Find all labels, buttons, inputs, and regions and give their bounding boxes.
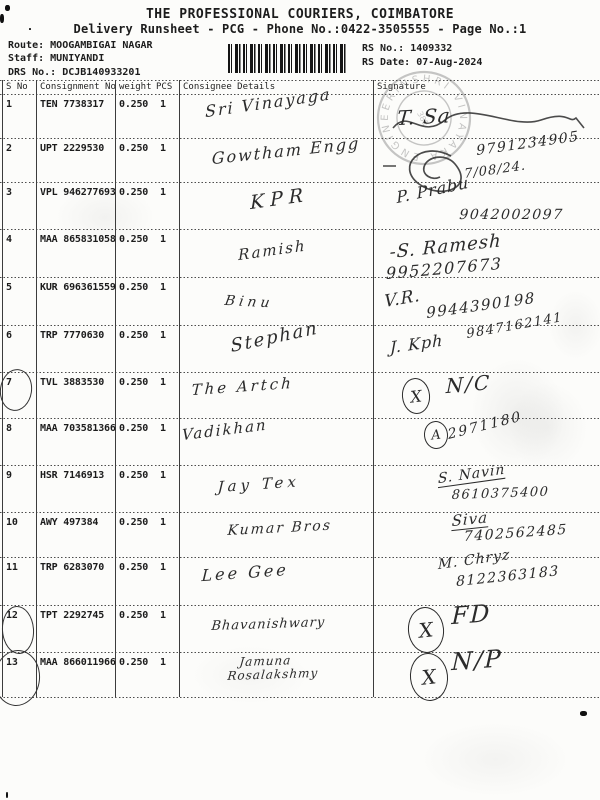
sno-cell: 3 [6, 187, 12, 198]
table-row-rule [0, 512, 600, 513]
table-column-rule [373, 80, 374, 697]
consignment-cell: TRP 6283070 [40, 562, 104, 573]
consignee-handwriting: Ramish [238, 238, 307, 263]
pcs-cell: 1 [160, 234, 166, 245]
table-row-rule [0, 465, 600, 466]
pcs-cell: 1 [160, 657, 166, 668]
weight-cell: 0.250 [119, 143, 148, 154]
weight-cell: 0.250 [119, 562, 148, 573]
scan-artifact-dot [580, 711, 587, 716]
drs-value: DCJB140933201 [62, 67, 140, 78]
pcs-cell: 1 [160, 610, 166, 621]
consignment-cell: TVL 3883530 [40, 377, 104, 388]
weight-cell: 0.250 [119, 187, 148, 198]
consignee-handwriting: Kumar Bros [227, 519, 332, 539]
consignee-handwriting: Jamuna [239, 654, 292, 668]
weight-cell: 0.250 [119, 377, 148, 388]
consignment-cell: MAA 703581366 [40, 423, 116, 434]
signature-mark-text: N/C [446, 372, 492, 396]
pcs-cell: 1 [160, 187, 166, 198]
table-row-rule [0, 277, 600, 278]
document-title: THE PROFESSIONAL COURIERS, COIMBATORE [0, 7, 600, 22]
sno-cell: 10 [6, 517, 18, 528]
consignment-cell: VPL 946277693 [40, 187, 116, 198]
col-header-pcs: PCS [156, 82, 172, 92]
route-line: Route: MOOGAMBIGAI NAGAR [8, 40, 153, 51]
signature-circled-mark: A [423, 420, 450, 450]
fingerprint-smudge [508, 382, 588, 472]
consignee-handwriting: Bhavanishwary [211, 616, 326, 633]
table-row-rule [0, 229, 600, 230]
table-column-rule [179, 80, 180, 697]
weight-cell: 0.250 [119, 99, 148, 110]
delivery-runsheet-scan: THE PROFESSIONAL COURIERS, COIMBATORE De… [0, 0, 600, 800]
weight-cell: 0.250 [119, 470, 148, 481]
consignee-handwriting: Binu [224, 294, 275, 310]
sno-cell: 1 [6, 99, 12, 110]
weight-cell: 0.250 [119, 330, 148, 341]
table-column-rule [36, 80, 37, 697]
table-row-rule [0, 182, 600, 183]
barcode [228, 44, 346, 73]
pcs-cell: 1 [160, 99, 166, 110]
consignee-handwriting-line2: Rosalakshmy [227, 667, 319, 682]
weight-cell: 0.250 [119, 517, 148, 528]
table-row-rule [0, 372, 600, 373]
signature-phone: 8610375400 [451, 486, 549, 502]
col-header-consignee: Consignee Details [183, 82, 275, 92]
weight-cell: 0.250 [119, 657, 148, 668]
scan-smudge [420, 722, 570, 797]
signature-name: S. Navin [438, 463, 505, 489]
consignee-handwriting: Vadikhan [182, 418, 268, 444]
sno-hand-circle [0, 605, 35, 655]
table-top-rule [0, 80, 600, 81]
pcs-cell: 1 [160, 330, 166, 341]
weight-cell: 0.250 [119, 282, 148, 293]
sno-cell: 2 [6, 143, 12, 154]
table-row-rule [0, 697, 600, 698]
signature-circled-mark: X [408, 651, 451, 703]
pcs-cell: 1 [160, 143, 166, 154]
consignee-handwriting: Jay Tex [217, 474, 300, 495]
consignment-cell: TEN 7738317 [40, 99, 104, 110]
staff-value: MUNIYANDI [50, 53, 104, 64]
consignee-handwriting: KPR [250, 186, 309, 213]
consignment-cell: AWY 497384 [40, 517, 98, 528]
pcs-cell: 1 [160, 517, 166, 528]
weight-cell: 0.250 [119, 234, 148, 245]
staff-label: Staff: [8, 53, 44, 64]
pcs-cell: 1 [160, 282, 166, 293]
consignee-handwriting: Lee Gee [201, 562, 289, 584]
document-subtitle: Delivery Runsheet - PCG - Phone No.:0422… [0, 22, 600, 36]
signature-circled-mark: X [400, 377, 432, 416]
weight-cell: 0.250 [119, 423, 148, 434]
consignment-cell: UPT 2229530 [40, 143, 104, 154]
signature-mark-text: FD [451, 601, 492, 628]
table-row-rule [0, 605, 600, 606]
pcs-cell: 1 [160, 423, 166, 434]
sno-cell: 4 [6, 234, 12, 245]
sno-cell: 8 [6, 423, 12, 434]
sno-cell: 5 [6, 282, 12, 293]
route-label: Route: [8, 40, 44, 51]
table-row-rule [0, 652, 600, 653]
drs-label: DRS No.: [8, 67, 56, 78]
sno-hand-circle [0, 367, 35, 413]
sno-cell: 9 [6, 470, 12, 481]
consignment-cell: MAA 866011966 [40, 657, 116, 668]
signature-name: V.R. [384, 288, 421, 312]
table-column-rule [115, 80, 116, 697]
pcs-cell: 1 [160, 377, 166, 388]
drs-line: DRS No.: DCJB140933201 [8, 67, 140, 78]
signature-name: J. Kph [390, 333, 443, 357]
col-header-sno: S No [6, 82, 28, 92]
consignment-cell: HSR 7146913 [40, 470, 104, 481]
staff-line: Staff: MUNIYANDI [8, 53, 104, 64]
sno-cell: 6 [6, 330, 12, 341]
consignee-handwriting: Gowtham Engg [212, 135, 361, 167]
scan-artifact-dot [6, 792, 8, 798]
sno-cell: 11 [6, 562, 18, 573]
consignment-cell: MAA 865831058 [40, 234, 116, 245]
rs-no-label: RS No.: [362, 43, 404, 54]
signature-mark-text: N/P [451, 646, 503, 674]
consignment-cell: KUR 696361559 [40, 282, 116, 293]
consignment-cell: TRP 7770630 [40, 330, 104, 341]
route-value: MOOGAMBIGAI NAGAR [50, 40, 152, 51]
col-header-consignment: Consignment No [40, 82, 116, 92]
weight-cell: 0.250 [119, 610, 148, 621]
signature-phone: 9042002097 [459, 208, 564, 222]
pcs-cell: 1 [160, 562, 166, 573]
consignment-cell: TPT 2292745 [40, 610, 104, 621]
signature-circled-mark: X [406, 605, 447, 655]
signature-name: T. Sa [396, 105, 451, 128]
consignee-handwriting: The Artch [191, 376, 294, 398]
pcs-cell: 1 [160, 470, 166, 481]
col-header-weight: weight [119, 82, 152, 92]
